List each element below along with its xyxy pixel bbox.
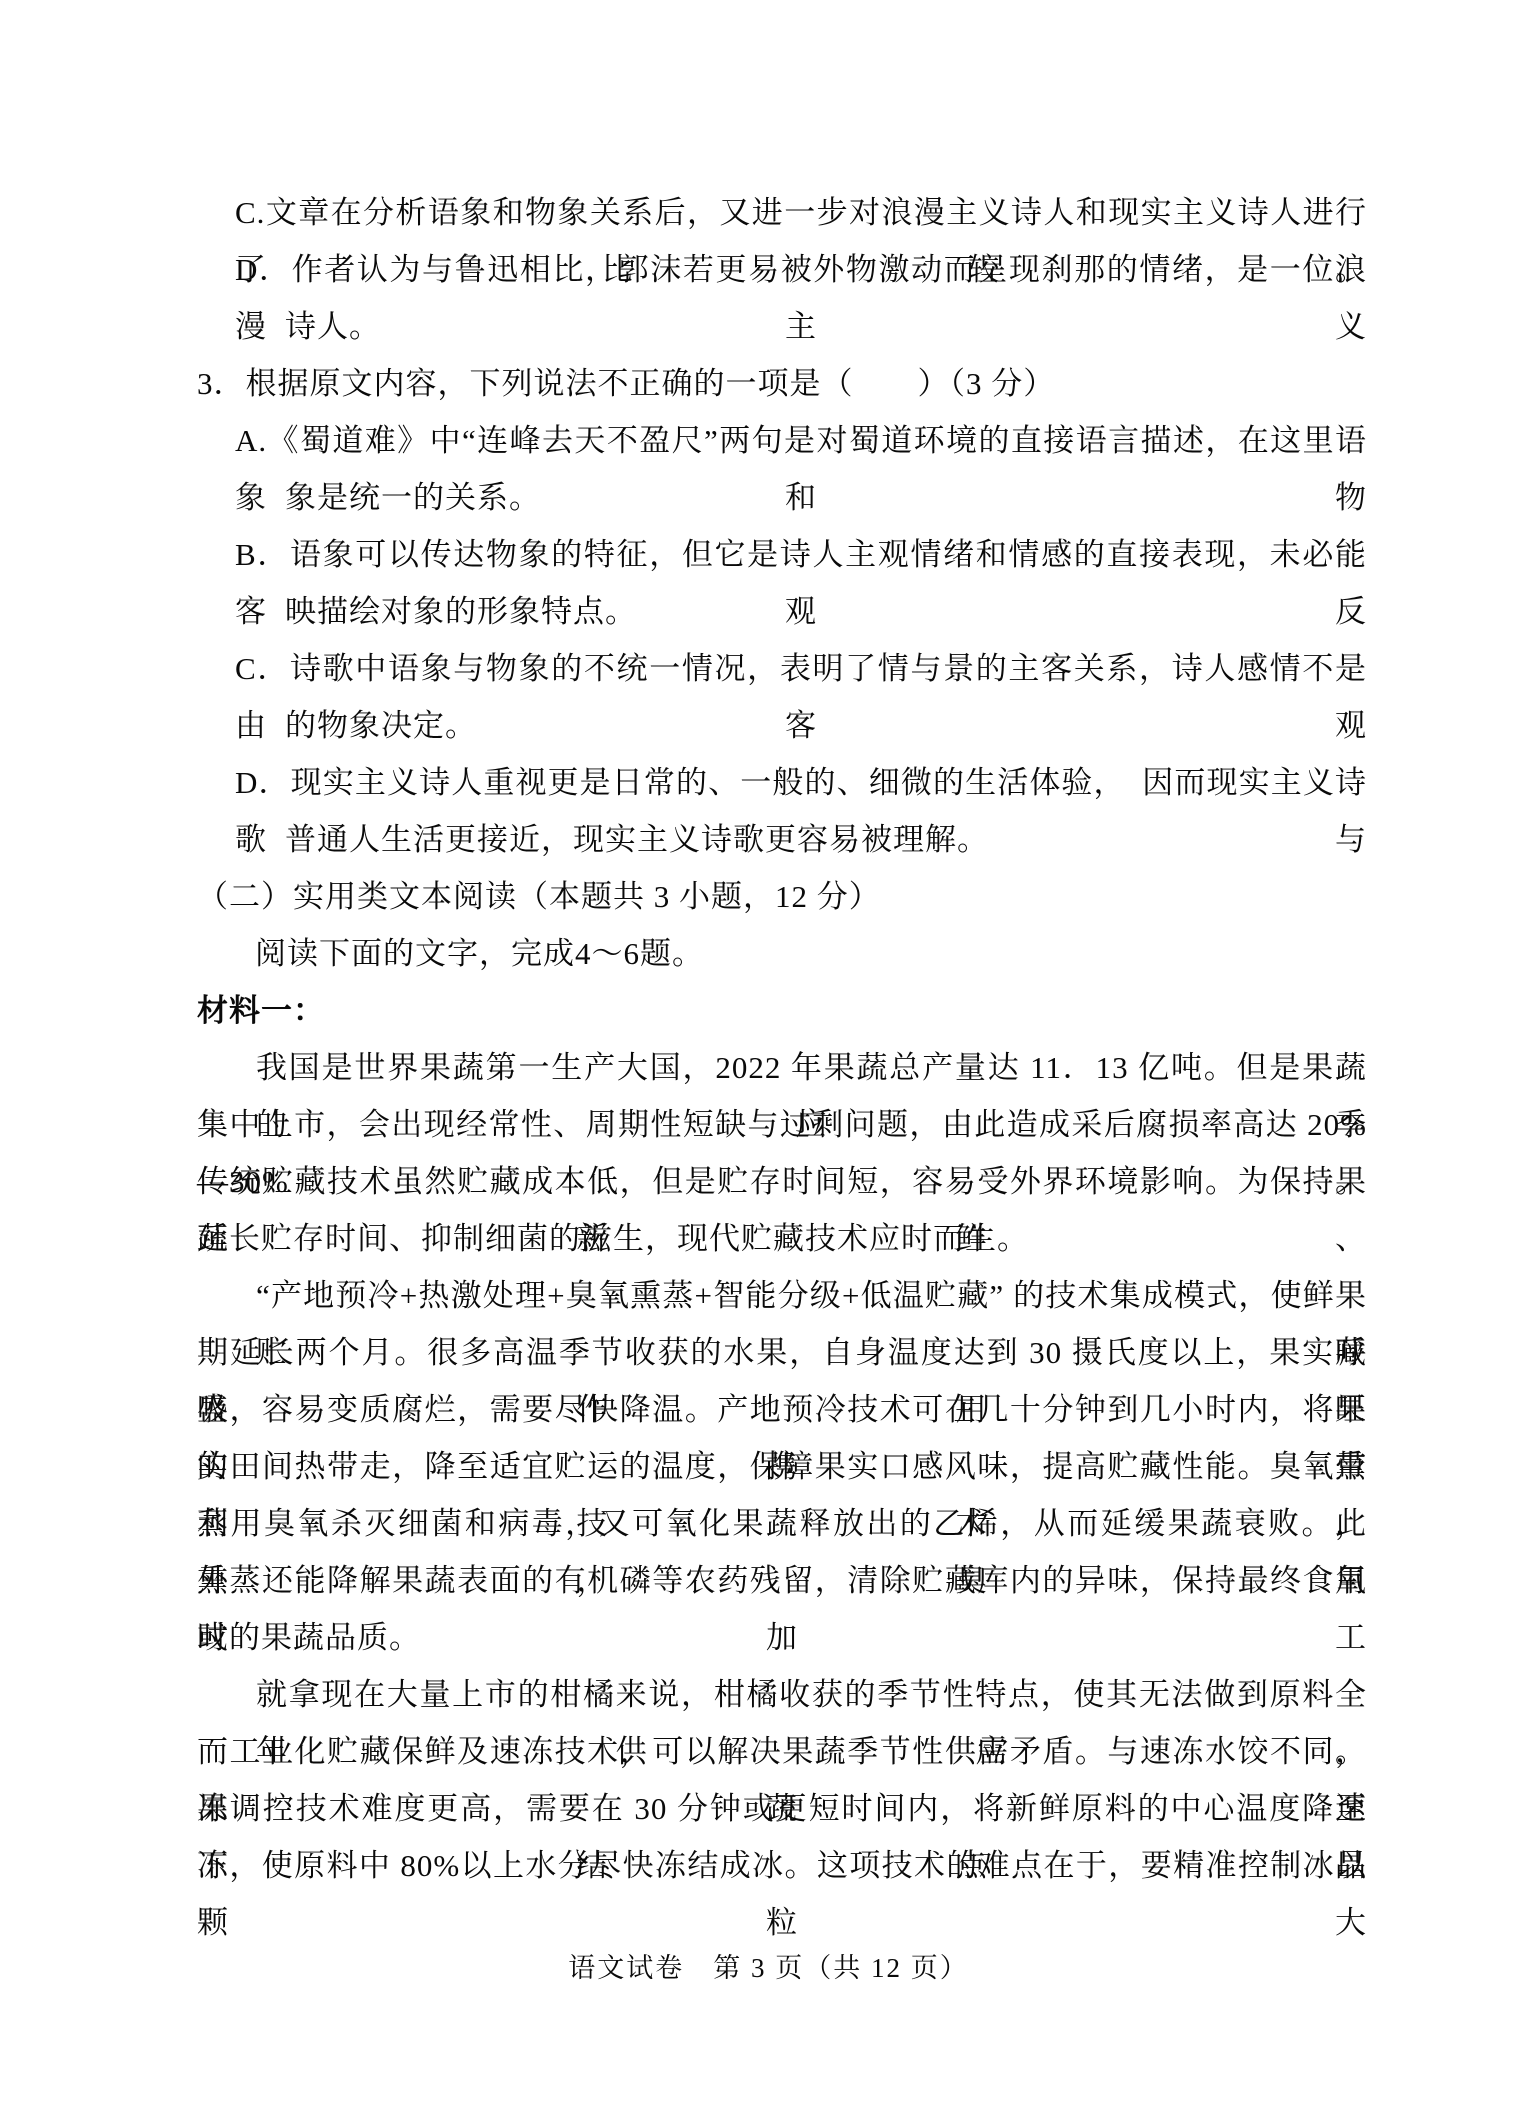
material1-para2-line2: 期延长两个月。很多高温季节收获的水果，自身温度达到 30 摄氏度以上，果实呼吸作…: [197, 1324, 1367, 1381]
material1-para1-line2: 集中上市，会出现经常性、周期性短缺与过剩问题，由此造成采后腐损率高达 20%—3…: [197, 1096, 1367, 1153]
material1-label: 材料一：: [197, 982, 1367, 1039]
section2-heading: （二）实用类文本阅读（本题共 3 小题，12 分）: [197, 868, 1367, 925]
material1-para2-line6: 熏蒸还能降解果蔬表面的有机磷等农药残留，清除贮藏库内的异味，保持最终食用或加工: [197, 1552, 1367, 1609]
material1-para2-line3: 盛，容易变质腐烂，需要尽快降温。产地预冷技术可在几十分钟到几小时内，将果实携带: [197, 1381, 1367, 1438]
material1-para3-line3: 冻调控技术难度更高，需要在 30 分钟或更短时间内，将新鲜原料的中心温度降至冻结…: [197, 1780, 1367, 1837]
material1-para1-line1: 我国是世界果蔬第一生产大国，2022 年果蔬总产量达 11．13 亿吨。但是果蔬…: [197, 1039, 1367, 1096]
question3-option-c-line1: C．诗歌中语象与物象的不统一情况，表明了情与景的主客关系，诗人感情不是由客观: [197, 640, 1367, 697]
section2-instruction: 阅读下面的文字，完成4～6题。: [197, 925, 1367, 982]
material1-para3-line1: 就拿现在大量上市的柑橘来说，柑橘收获的季节性特点，使其无法做到原料全年供应。: [197, 1666, 1367, 1723]
question2-option-d-line1: D．作者认为与鲁迅相比，郭沫若更易被外物激动而呈现刹那的情绪，是一位浪漫主义: [197, 241, 1367, 298]
question3-stem: 3．根据原文内容，下列说法不正确的一项是（ ）（3 分）: [197, 355, 1367, 412]
page-footer: 语文试卷 第 3 页（共 12 页）: [0, 1943, 1537, 1993]
material1-para3-line4: 下，使原料中 80%以上水分尽快冻结成冰。这项技术的难点在于，要精准控制冰晶颗粒…: [197, 1837, 1367, 1894]
question3-option-d-line1: D．现实主义诗人重视更是日常的、一般的、细微的生活体验， 因而现实主义诗歌与: [197, 754, 1367, 811]
material1-para2-line1: “产地预冷+热激处理+臭氧熏蒸+智能分级+低温贮藏” 的技术集成模式，使鲜果贮藏: [197, 1267, 1367, 1324]
material1-para2-line4: 的田间热带走，降至适宜贮运的温度，保障果实口感风味，提高贮藏性能。臭氧熏蒸技术，: [197, 1438, 1367, 1495]
question3-option-a-line1: A.《蜀道难》中“连峰去天不盈尺”两句是对蜀道环境的直接语言描述，在这里语象和物: [197, 412, 1367, 469]
exam-content: C.文章在分析语象和物象关系后，又进一步对浪漫主义诗人和现实主义诗人进行了比较。…: [197, 184, 1367, 1894]
material1-para2-line5: 利用臭氧杀灭细菌和病毒，又可氧化果蔬释放出的乙烯，从而延缓果蔬衰败。此外，臭氧: [197, 1495, 1367, 1552]
question2-option-c: C.文章在分析语象和物象关系后，又进一步对浪漫主义诗人和现实主义诗人进行了比较。: [197, 184, 1367, 241]
exam-page: C.文章在分析语象和物象关系后，又进一步对浪漫主义诗人和现实主义诗人进行了比较。…: [0, 0, 1537, 2125]
question3-option-b-line1: B．语象可以传达物象的特征，但它是诗人主观情绪和情感的直接表现，未必能客观反: [197, 526, 1367, 583]
material1-para3-line2: 而工业化贮藏保鲜及速冻技术，可以解决果蔬季节性供需矛盾。与速冻水饺不同，果蔬速: [197, 1723, 1367, 1780]
material1-para1-line3: 传统贮藏技术虽然贮藏成本低，但是贮存时间短，容易受外界环境影响。为保持果蔬新鲜、: [197, 1153, 1367, 1210]
